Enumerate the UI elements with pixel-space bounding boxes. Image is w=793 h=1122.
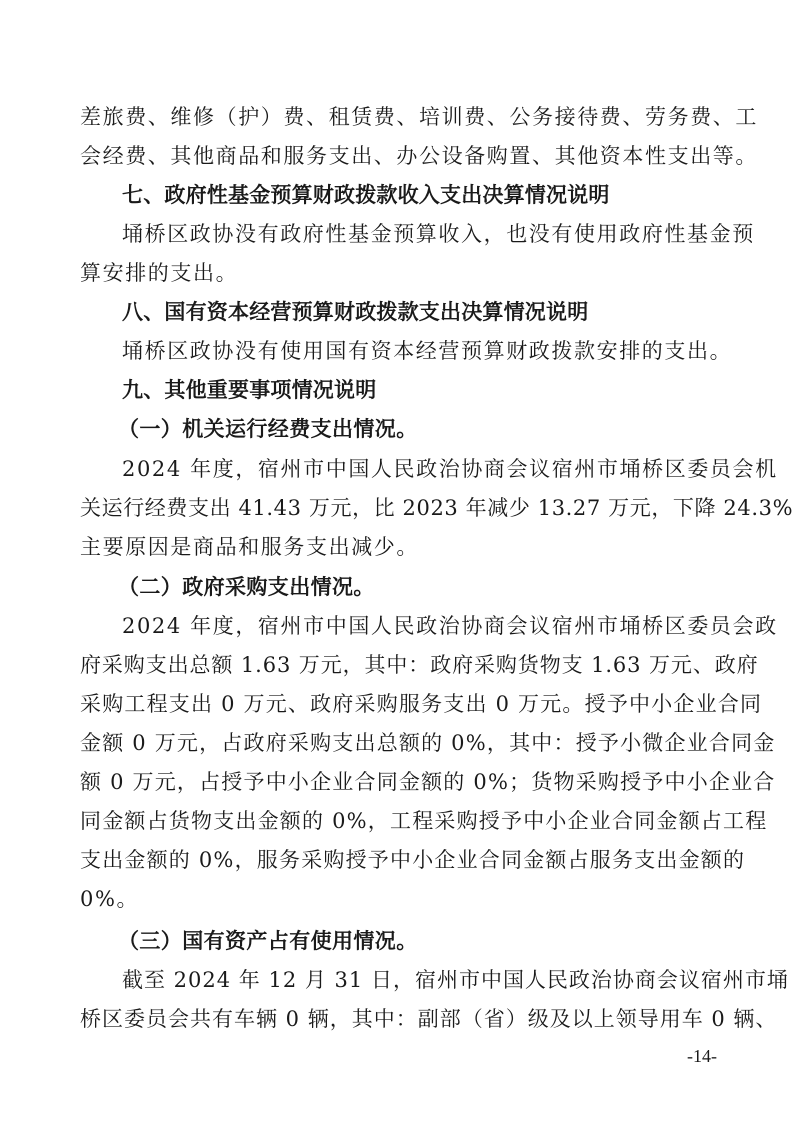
section-heading-9: 九、其他重要事项情况说明 [122, 375, 716, 405]
paragraph-line: 算安排的支出。 [80, 258, 716, 288]
section-heading-8: 八、国有资本经营预算财政拨款支出决算情况说明 [122, 297, 716, 327]
paragraph-line: 金额 0 万元，占政府采购支出总额的 0%，其中：授予小微企业合同金 [80, 728, 716, 758]
page-number: -14- [687, 1044, 717, 1068]
paragraph-line: 主要原因是商品和服务支出减少。 [80, 532, 716, 562]
paragraph-line: 采购工程支出 0 万元、政府采购服务支出 0 万元。授予中小企业合同 [80, 689, 716, 719]
paragraph-line: 会经费、其他商品和服务支出、办公设备购置、其他资本性支出等。 [80, 141, 716, 171]
paragraph-line: 2024 年度，宿州市中国人民政治协商会议宿州市埇桥区委员会机 [122, 454, 716, 484]
document-page: 差旅费、维修（护）费、租赁费、培训费、公务接待费、劳务费、工 会经费、其他商品和… [0, 0, 793, 1122]
paragraph-line: 同金额占货物支出金额的 0%，工程采购授予中小企业合同金额占工程 [80, 806, 716, 836]
paragraph-line: 关运行经费支出 41.43 万元，比 2023 年减少 13.27 万元，下降 … [80, 493, 716, 523]
subsection-heading-1: （一）机关运行经费支出情况。 [118, 414, 754, 444]
paragraph-line: 2024 年度，宿州市中国人民政治协商会议宿州市埇桥区委员会政 [122, 611, 716, 641]
paragraph-line: 差旅费、维修（护）费、租赁费、培训费、公务接待费、劳务费、工 [80, 102, 716, 132]
paragraph-line: 府采购支出总额 1.63 万元，其中：政府采购货物支 1.63 万元、政府 [80, 650, 716, 680]
paragraph-line: 桥区委员会共有车辆 0 辆，其中：副部（省）级及以上领导用车 0 辆、 [80, 1004, 716, 1034]
subsection-heading-2: （二）政府采购支出情况。 [118, 572, 754, 602]
subsection-heading-3: （三）国有资产占有使用情况。 [118, 926, 754, 956]
paragraph-line: 额 0 万元，占授予中小企业合同金额的 0%；货物采购授予中小企业合 [80, 767, 716, 797]
paragraph-line: 0%。 [80, 884, 716, 914]
paragraph-line: 支出金额的 0%，服务采购授予中小企业合同金额占服务支出金额的 [80, 845, 716, 875]
paragraph-line: 埇桥区政协没有使用国有资本经营预算财政拨款安排的支出。 [122, 336, 716, 366]
paragraph-line: 埇桥区政协没有政府性基金预算收入，也没有使用政府性基金预 [122, 219, 716, 249]
section-heading-7: 七、政府性基金预算财政拨款收入支出决算情况说明 [122, 180, 716, 210]
paragraph-line: 截至 2024 年 12 月 31 日，宿州市中国人民政治协商会议宿州市埇 [122, 965, 716, 995]
